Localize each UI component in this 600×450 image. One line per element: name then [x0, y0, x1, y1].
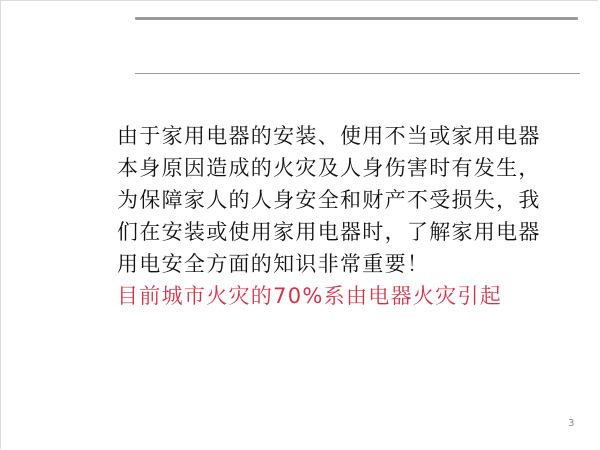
title-rule-bottom — [135, 73, 580, 74]
page-number: 3 — [568, 418, 574, 429]
body-paragraph: 由于家用电器的安装、使用不当或家用电器本身原因造成的火灾及人身伤害时有发生，为保… — [117, 120, 557, 280]
slide-body: 由于家用电器的安装、使用不当或家用电器本身原因造成的火灾及人身伤害时有发生，为保… — [117, 120, 557, 312]
highlight-statement: 目前城市火灾的70%系由电器火灾引起 — [117, 280, 557, 312]
title-rule-top — [135, 17, 578, 20]
